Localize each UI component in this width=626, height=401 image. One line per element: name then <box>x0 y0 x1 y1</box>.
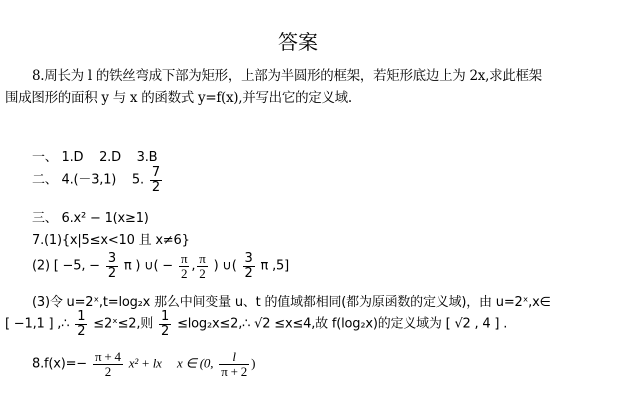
answer-item: 6.x² − 1(x≥1) <box>62 211 149 226</box>
answer-item: 1.D <box>62 150 84 165</box>
answer-7-3-line-2: [ −1,1 ] ,∴ 12 ≤2ˣ≤2,则 12 ≤log₂x≤2,∴ √2 … <box>5 310 507 338</box>
question-line-2: 围成图形的面积 y 与 x 的函数式 y=f(x),并写出它的定义域. <box>5 86 352 106</box>
answer-7-1: 7.(1){x|5≤x<10 且 x≠6} <box>32 229 190 248</box>
answer-7-3-line-1: (3)令 u=2ˣ,t=log₂x 那么中间变量 u、t 的值域都相同(都为原函… <box>32 291 551 310</box>
answer-item: 2.D <box>99 150 121 165</box>
page-title: 答案 <box>278 26 318 55</box>
answer-section-3: 三、 6.x² − 1(x≥1) <box>32 207 149 226</box>
fraction: 72 <box>150 166 162 194</box>
section-label: 一、 <box>32 150 58 165</box>
section-label: 二、 <box>32 173 58 188</box>
answer-8: 8.f(x)=− π + 42 x² + lx x ∈ (0, lπ + 2) <box>32 350 255 378</box>
question-line-1: 8.周长为 l 的铁丝弯成下部为矩形，上部为半圆形的框架，若矩形底边上为 2x,… <box>32 64 542 84</box>
answer-7-2: (2) [ −5, − 32 π ) ∪( − π2,π2 ) ∪( 32 π … <box>32 252 289 280</box>
answer-item: 4.(－3,1) <box>62 173 117 188</box>
section-label: 三、 <box>32 211 58 226</box>
answer-item: 3.B <box>137 150 158 165</box>
answer-section-1: 一、 1.D 2.D 3.B <box>32 146 157 165</box>
answer-item: 5. <box>132 173 144 188</box>
answer-section-2: 二、 4.(－3,1) 5. 72 <box>32 166 164 194</box>
